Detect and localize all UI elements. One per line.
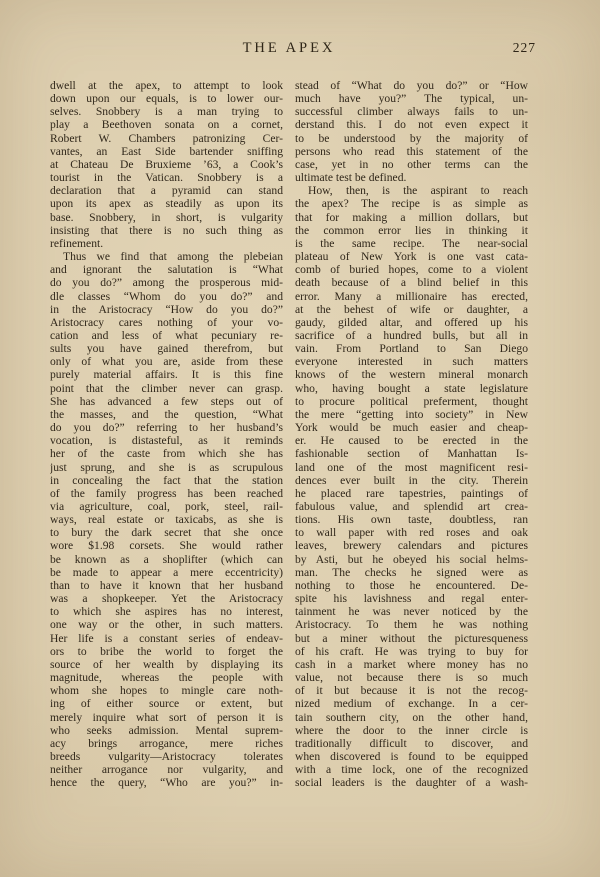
text-line: Aristocracy cares nothing of your vo- xyxy=(50,316,283,329)
text-line: nized medium of exchange. In a cer- xyxy=(295,697,528,710)
text-line: source of her wealth by displaying its xyxy=(50,658,283,671)
text-line: point that the climber never can grasp. xyxy=(50,382,283,395)
text-line: her of the caste from which she has xyxy=(50,447,283,460)
text-line: acy brings arrogance, mere riches xyxy=(50,737,283,750)
text-line: selves. Snobbery is a man trying to xyxy=(50,105,283,118)
text-line: who seeks admission. Mental suprem- xyxy=(50,724,283,737)
text-line: man. The checks he signed were as xyxy=(295,566,528,579)
text-line: comb of buried hopes, come to a violent xyxy=(295,263,528,276)
text-line: when discovered is found to be equipped xyxy=(295,750,528,763)
text-line: social leaders is the daughter of a wash… xyxy=(295,776,528,789)
text-line: that for making a million dollars, but xyxy=(295,211,528,224)
text-line: at the behest of wife or daughter, a xyxy=(295,303,528,316)
text-line: neither arrogance nor vulgarity, and xyxy=(50,763,283,776)
text-line: ing of either source or extent, but xyxy=(50,697,283,710)
text-line: the apex? The recipe is as simple as xyxy=(295,197,528,210)
page-number: 227 xyxy=(513,40,536,56)
text-line: base. Snobbery, in short, is vulgarity xyxy=(50,211,283,224)
text-line: down upon our equals, is to lower our- xyxy=(50,92,283,105)
text-line: but a miner without the picturesqueness xyxy=(295,632,528,645)
text-line: nothing to those he encountered. De- xyxy=(295,579,528,592)
text-line: tain southern city, on the other hand, xyxy=(295,711,528,724)
text-line: case, yet in no other terms can the xyxy=(295,158,528,171)
text-line: knows of the western mineral monarch xyxy=(295,368,528,381)
text-line: wore $1.98 corsets. She would rather xyxy=(50,539,283,552)
text-line: upon its apex as steadily as upon its xyxy=(50,197,283,210)
text-line: hence the query, “Who are you?” in- xyxy=(50,776,283,789)
text-line: York would be much easier and cheap- xyxy=(295,421,528,434)
text-line: via agriculture, coal, pork, steel, rail… xyxy=(50,500,283,513)
text-line: of it but because it is not the recog- xyxy=(295,684,528,697)
text-line: to procure political preferment, thought xyxy=(295,395,528,408)
text-line: How, then, is the aspirant to reach xyxy=(295,184,528,197)
text-line: declaration that a pyramid can stand xyxy=(50,184,283,197)
text-line: whom she hopes to mingle care noth- xyxy=(50,684,283,697)
text-line: do you do?” referring to her husband’s xyxy=(50,421,283,434)
text-line: one way or the other, in such matters. xyxy=(50,618,283,631)
text-line: to be understood by the majority of xyxy=(295,132,528,145)
text-line: dwell at the apex, to attempt to look xyxy=(50,79,283,92)
text-line: purely material affairs. It is this fine xyxy=(50,368,283,381)
text-line: in concealing the fact that the station xyxy=(50,474,283,487)
text-line: than to have it known that her husband xyxy=(50,579,283,592)
text-line: tions. His own taste, doubtless, ran xyxy=(295,513,528,526)
text-line: he placed rare tapestries, paintings of xyxy=(295,487,528,500)
left-column: dwell at the apex, to attempt to lookdow… xyxy=(50,79,283,789)
text-line: spite his lavishness and regal enter- xyxy=(295,592,528,605)
text-line: persons who read this statement of the xyxy=(295,145,528,158)
text-line: and ignorant the salutation is “What xyxy=(50,263,283,276)
text-line: dences ever built in the city. Therein xyxy=(295,474,528,487)
text-line: vain. From Portland to San Diego xyxy=(295,342,528,355)
text-line: magnitude, whereas the people with xyxy=(50,671,283,684)
text-line: death because of a blind belief in this xyxy=(295,276,528,289)
text-line: successful climber always fails to un- xyxy=(295,105,528,118)
text-line: cash in a market where money has no xyxy=(295,658,528,671)
text-line: gaudy, gilded altar, and offered up his xyxy=(295,316,528,329)
text-line: of his craft. He was trying to buy for xyxy=(295,645,528,658)
text-line: refinement. xyxy=(50,237,283,250)
page-title: THE APEX xyxy=(50,40,528,57)
text-line: She has advanced a few steps out of xyxy=(50,395,283,408)
text-line: tourist in the Vatican. Snobbery is a xyxy=(50,171,283,184)
text-line: in the Aristocracy “How do you do?” xyxy=(50,303,283,316)
text-line: ways, real estate or taxicabs, as she is xyxy=(50,513,283,526)
text-line: to which she aspires has no interest, xyxy=(50,605,283,618)
text-line: sacrifice of a hundred bulls, but all in xyxy=(295,329,528,342)
text-line: derstand this. I do not even expect it xyxy=(295,118,528,131)
text-line: Her life is a constant series of endeav- xyxy=(50,632,283,645)
text-line: plateau of New York is one vast cata- xyxy=(295,250,528,263)
text-line: Robert W. Chambers patronizing Cer- xyxy=(50,132,283,145)
text-line: value, not because there is so much xyxy=(295,671,528,684)
text-line: be made to appear a mere eccentricity) xyxy=(50,566,283,579)
text-line: the common error lies in thinking it xyxy=(295,224,528,237)
right-column: stead of “What do you do?” or “Howmuch h… xyxy=(295,79,528,789)
text-line: breeds vulgarity—Aristocracy tolerates xyxy=(50,750,283,763)
text-line: leaves, brewery calendars and pictures xyxy=(295,539,528,552)
text-line: the masses, and the question, “What xyxy=(50,408,283,421)
text-line: everyone interested in such matters xyxy=(295,355,528,368)
text-line: tainment he was never noticed by the xyxy=(295,605,528,618)
text-line: just sprung, and she is as scrupulous xyxy=(50,461,283,474)
text-line: sults you have gained therefrom, but xyxy=(50,342,283,355)
page-header: THE APEX 227 xyxy=(50,40,528,60)
text-line: merely inquire what sort of person it is xyxy=(50,711,283,724)
text-line: insisting that there is no such thing as xyxy=(50,224,283,237)
text-line: where the door to the inner circle is xyxy=(295,724,528,737)
text-line: land one of the most magnificent resi- xyxy=(295,461,528,474)
text-line: much have you?” The typical, un- xyxy=(295,92,528,105)
text-line: to wall paper with red roses and oak xyxy=(295,526,528,539)
text-line: ors to bribe the world to forget the xyxy=(50,645,283,658)
text-line: error. Many a millionaire has erected, xyxy=(295,290,528,303)
text-line: traditionally difficult to discover, and xyxy=(295,737,528,750)
text-line: at Chateau De Bruxieme ’63, a Cook’s xyxy=(50,158,283,171)
text-line: of the family progress has been reached xyxy=(50,487,283,500)
text-line: fashionable section of Manhattan Is- xyxy=(295,447,528,460)
text-line: fabulous value, and splendid art crea- xyxy=(295,500,528,513)
text-line: vantes, an East Side bartender sniffing xyxy=(50,145,283,158)
text-line: be known as a shoplifter (which can xyxy=(50,553,283,566)
text-line: was a shopkeeper. Yet the Aristocracy xyxy=(50,592,283,605)
text-line: vocation, is distasteful, as it reminds xyxy=(50,434,283,447)
text-line: the mere “getting into society” in New xyxy=(295,408,528,421)
text-line: er. He caused to be erected in the xyxy=(295,434,528,447)
text-line: stead of “What do you do?” or “How xyxy=(295,79,528,92)
text-line: only of what you are, aside from these xyxy=(50,355,283,368)
text-line: do you do?” among the prosperous mid- xyxy=(50,276,283,289)
text-line: by Asti, but he obeyed his social helms- xyxy=(295,553,528,566)
text-line: ultimate test be defined. xyxy=(295,171,528,184)
text-line: Thus we find that among the plebeian xyxy=(50,250,283,263)
text-line: play a Beethoven sonata on a cornet, xyxy=(50,118,283,131)
text-line: dle classes “Whom do you do?” and xyxy=(50,290,283,303)
text-line: is the same recipe. The near-social xyxy=(295,237,528,250)
text-line: to bury the dark secret that she once xyxy=(50,526,283,539)
text-line: with a time lock, one of the recognized xyxy=(295,763,528,776)
text-line: who, having bought a state legislature xyxy=(295,382,528,395)
book-page: THE APEX 227 dwell at the apex, to attem… xyxy=(0,0,600,877)
text-line: Aristocracy. To them he was nothing xyxy=(295,618,528,631)
text-line: cation and less of what pecuniary re- xyxy=(50,329,283,342)
